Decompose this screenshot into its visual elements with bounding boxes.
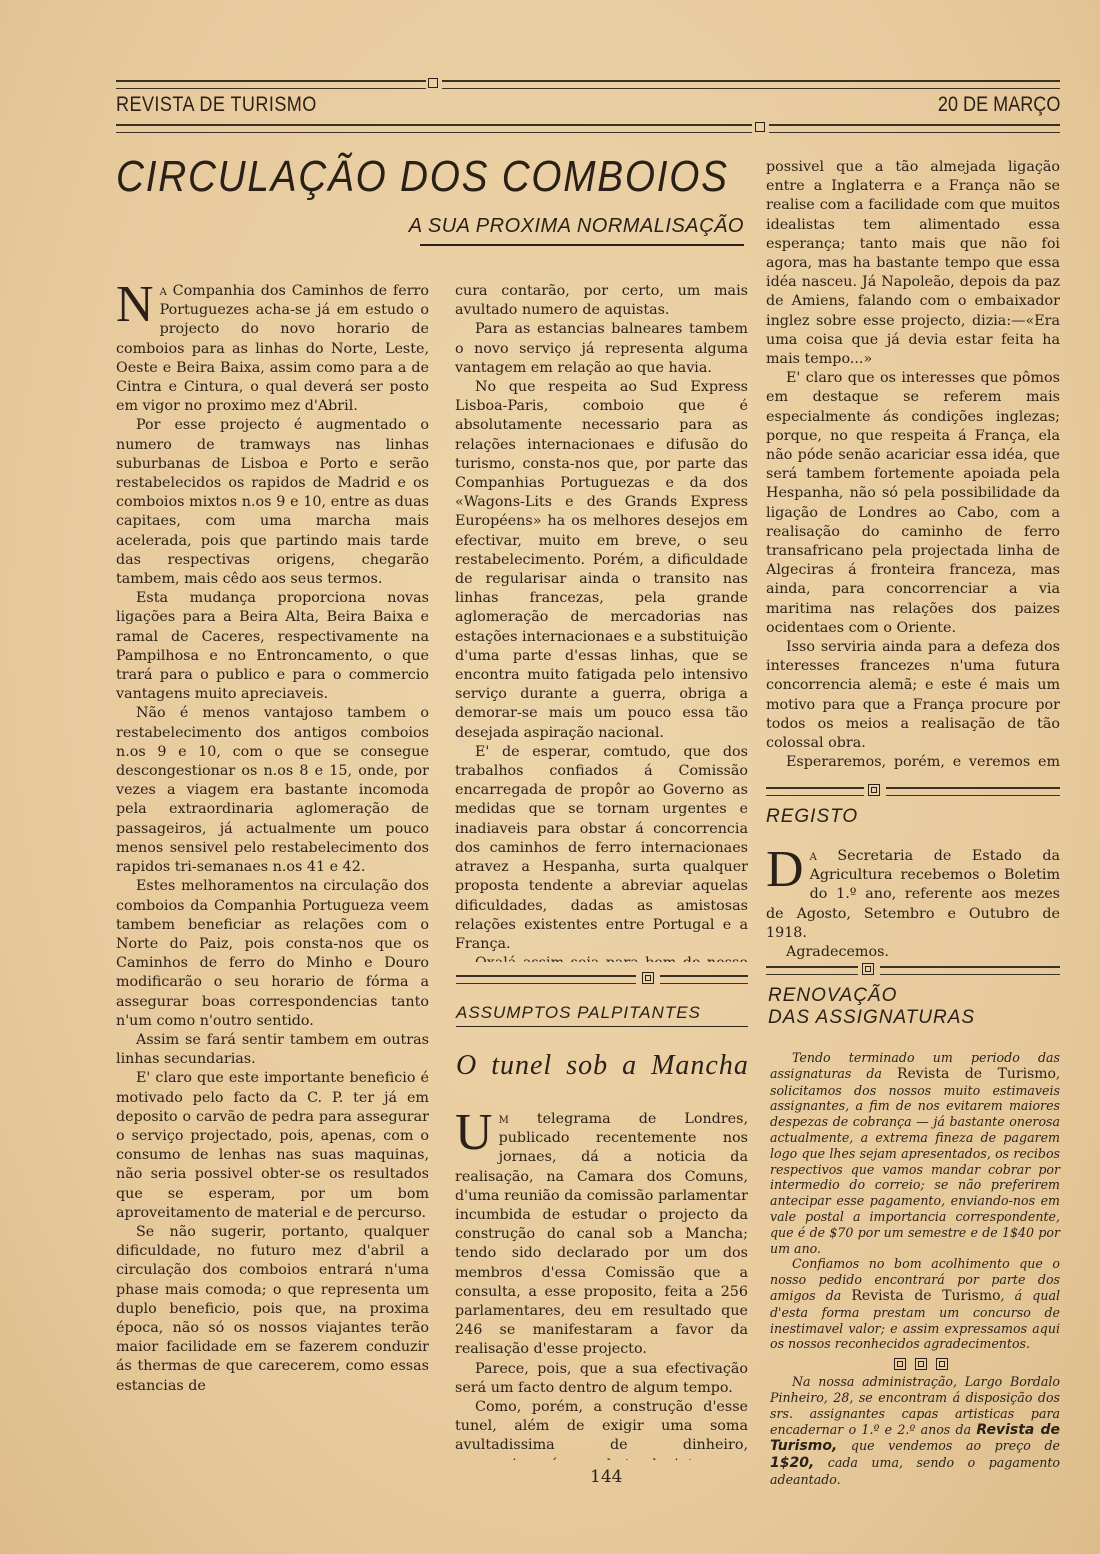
divider-ornament [894,1358,906,1370]
article-subtitle: A SUA PROXIMA NORMALISAÇÃO [376,215,744,238]
article-paragraph: Esta mudança proporciona novas ligações … [116,589,429,704]
article-paragraph: E' claro que este importante beneficio é… [116,1069,429,1223]
divider-ornament [936,1358,948,1370]
article-paragraph: Se não sugerir, portanto, qualquer dific… [116,1223,429,1396]
article-paragraph: cura contarão, por certo, um mais avulta… [455,282,748,320]
divider-ornament [868,784,880,796]
header-top-rule [116,80,426,89]
section-title-renovacao: RENOVAÇÃO DAS ASSIGNATURAS [768,985,975,1029]
article-title: CIRCULAÇÃO DOS COMBOIOS [116,152,729,202]
article-paragraph: Esperaremos, porém, e veremos em que fic… [766,753,1060,773]
article-paragraph: Um telegrama de Londres, publicado recen… [455,1110,748,1360]
section-title-rule [456,1026,748,1027]
divider-ornament [642,972,654,984]
drop-cap: N [116,284,154,326]
article-paragraph: Por esse projecto é augmentado o numero … [116,416,429,589]
section-divider [766,966,858,975]
header-ornament [755,122,765,132]
notice-paragraph: Na nossa administração, Largo Bordalo Pi… [770,1374,1060,1488]
publication-name: REVISTA DE TURISMO [116,93,317,117]
article-title-tunel: O tunel sob a Mancha [456,1050,748,1082]
section-divider [886,787,1060,796]
article-paragraph: Como, porém, a construção d'esse tunel, … [455,1398,748,1460]
header-bottom-rule [116,124,752,133]
article-column-1: Na Companhia dos Caminhos de ferro Portu… [116,282,429,1472]
header-top-rule [442,80,1060,89]
article-paragraph: Para as estancias balneares tambem o nov… [455,320,748,378]
tunnel-article-column: Um telegrama de Londres, publicado recen… [455,1110,748,1460]
article-column-3: possivel que a tão almejada ligação entr… [766,158,1060,773]
article-paragraph: Estes melhoramentos na circulação dos co… [116,877,429,1031]
section-divider [660,975,748,984]
article-paragraph: Da Secretaria de Estado da Agricultura r… [766,847,1060,943]
section-divider [766,787,864,796]
article-column-2: cura contarão, por certo, um mais avulta… [455,282,748,962]
article-paragraph: Agradecemos. [766,943,1060,962]
header-bottom-rule [769,124,1060,133]
article-paragraph: Isso serviria ainda para a defeza dos in… [766,638,1060,753]
article-paragraph: Parece, pois, que a sua efectivação será… [455,1360,748,1398]
divider-ornament [915,1358,927,1370]
header-ornament [428,78,438,88]
notice-paragraph: Tendo terminado um periodo das assignatu… [770,1050,1060,1256]
registo-body: Da Secretaria de Estado da Agricultura r… [766,847,1060,962]
drop-cap: D [766,849,804,891]
issue-date: 20 DE MARÇO [938,93,1060,117]
article-paragraph: E' de esperar, comtudo, que dos trabalho… [455,743,748,954]
notice-paragraph: Confiamos no bom acolhimento que o nosso… [770,1256,1060,1352]
section-title-registo: REGISTO [766,806,858,828]
renovacao-notice: Tendo terminado um periodo das assignatu… [770,1050,1060,1488]
section-divider [456,975,636,984]
section-title-assumptos: ASSUMPTOS PALPITANTES [456,1003,701,1023]
ornament-row [770,1352,1060,1374]
subtitle-rule [420,244,744,246]
article-paragraph: possivel que a tão almejada ligação entr… [766,158,1060,369]
divider-ornament [862,963,874,975]
page-number: 144 [590,1467,622,1487]
article-paragraph: Oxalá assim seja para bem do nosso Paiz. [455,954,748,962]
article-paragraph: Na Companhia dos Caminhos de ferro Portu… [116,282,429,416]
article-paragraph: Não é menos vantajoso tambem o restabele… [116,704,429,877]
drop-cap: U [455,1112,493,1154]
article-paragraph: E' claro que os interesses que pômos em … [766,369,1060,638]
article-paragraph: No que respeita ao Sud Express Lisboa-Pa… [455,378,748,743]
section-divider [880,966,1060,975]
article-paragraph: Assim se fará sentir tambem em outras li… [116,1031,429,1069]
